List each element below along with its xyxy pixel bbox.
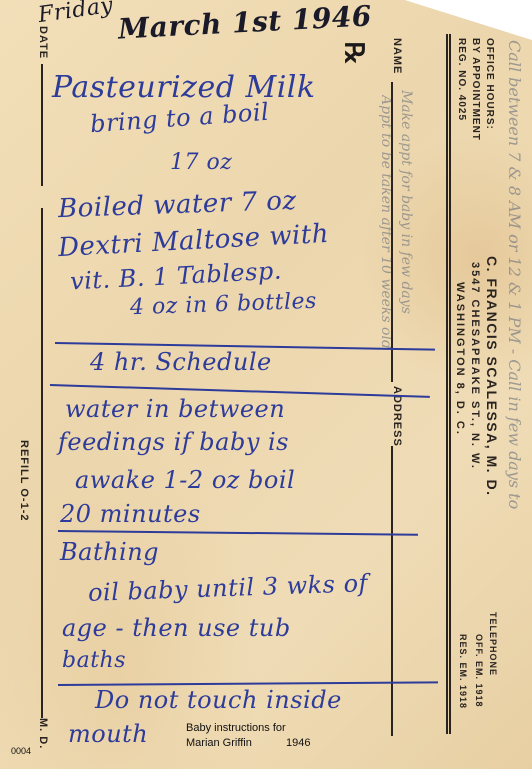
note-line-9: water in between xyxy=(65,395,285,423)
note-line-16: baths xyxy=(62,648,126,673)
note-line-12: 20 minutes xyxy=(60,500,201,528)
note-line-1: Pasteurized Milk xyxy=(52,70,316,105)
caption-line-1: Baby instructions for xyxy=(186,722,286,735)
doctor-address: 3547 CHESAPEAKE ST., N. W. xyxy=(469,262,481,470)
header-rule-1 xyxy=(446,34,448,734)
md-label: M. D. xyxy=(37,718,49,749)
note-line-11: awake 1-2 oz boil xyxy=(75,466,295,494)
office-hours-label: OFFICE HOURS: xyxy=(484,38,495,130)
pencil-note-call-times: Call between 7 & 8 AM or 12 & 1 PM - Cal… xyxy=(505,40,524,509)
reg-no-label: REG. NO. 4025 xyxy=(456,38,467,121)
name-line xyxy=(391,82,393,382)
residence-phone: RES. EM. 1918 xyxy=(458,634,468,709)
date-line xyxy=(41,64,43,186)
signature-line xyxy=(41,208,43,718)
note-line-15: age - then use tub xyxy=(62,614,291,642)
caption-year: 1946 xyxy=(286,737,310,750)
date-label: DATE xyxy=(37,26,49,59)
page-number: 0004 xyxy=(11,745,31,758)
note-line-17: Do not touch inside xyxy=(95,686,342,714)
by-appointment-label: BY APPOINTMENT xyxy=(470,38,481,141)
refill-label: REFILL O-1-2 xyxy=(18,440,30,521)
note-line-18: mouth xyxy=(68,720,148,748)
note-line-3: 17 oz xyxy=(170,150,232,175)
telephone-label: TELEPHONE xyxy=(488,612,498,676)
doctor-city: WASHINGTON 8, D. C. xyxy=(454,282,466,436)
doctor-name: C. FRANCIS SCALESSA, M. D. xyxy=(484,256,500,496)
note-line-8: 4 hr. Schedule xyxy=(90,348,272,376)
name-label: NAME xyxy=(391,38,403,74)
header-rule-2 xyxy=(449,34,451,734)
address-line xyxy=(391,446,393,736)
rx-symbol: ℞ xyxy=(339,41,369,64)
note-line-10: feedings if baby is xyxy=(58,428,289,456)
office-phone: OFF. EM. 1918 xyxy=(474,634,484,708)
note-line-13: Bathing xyxy=(60,538,159,566)
caption-name: Marian Griffin xyxy=(186,737,252,750)
